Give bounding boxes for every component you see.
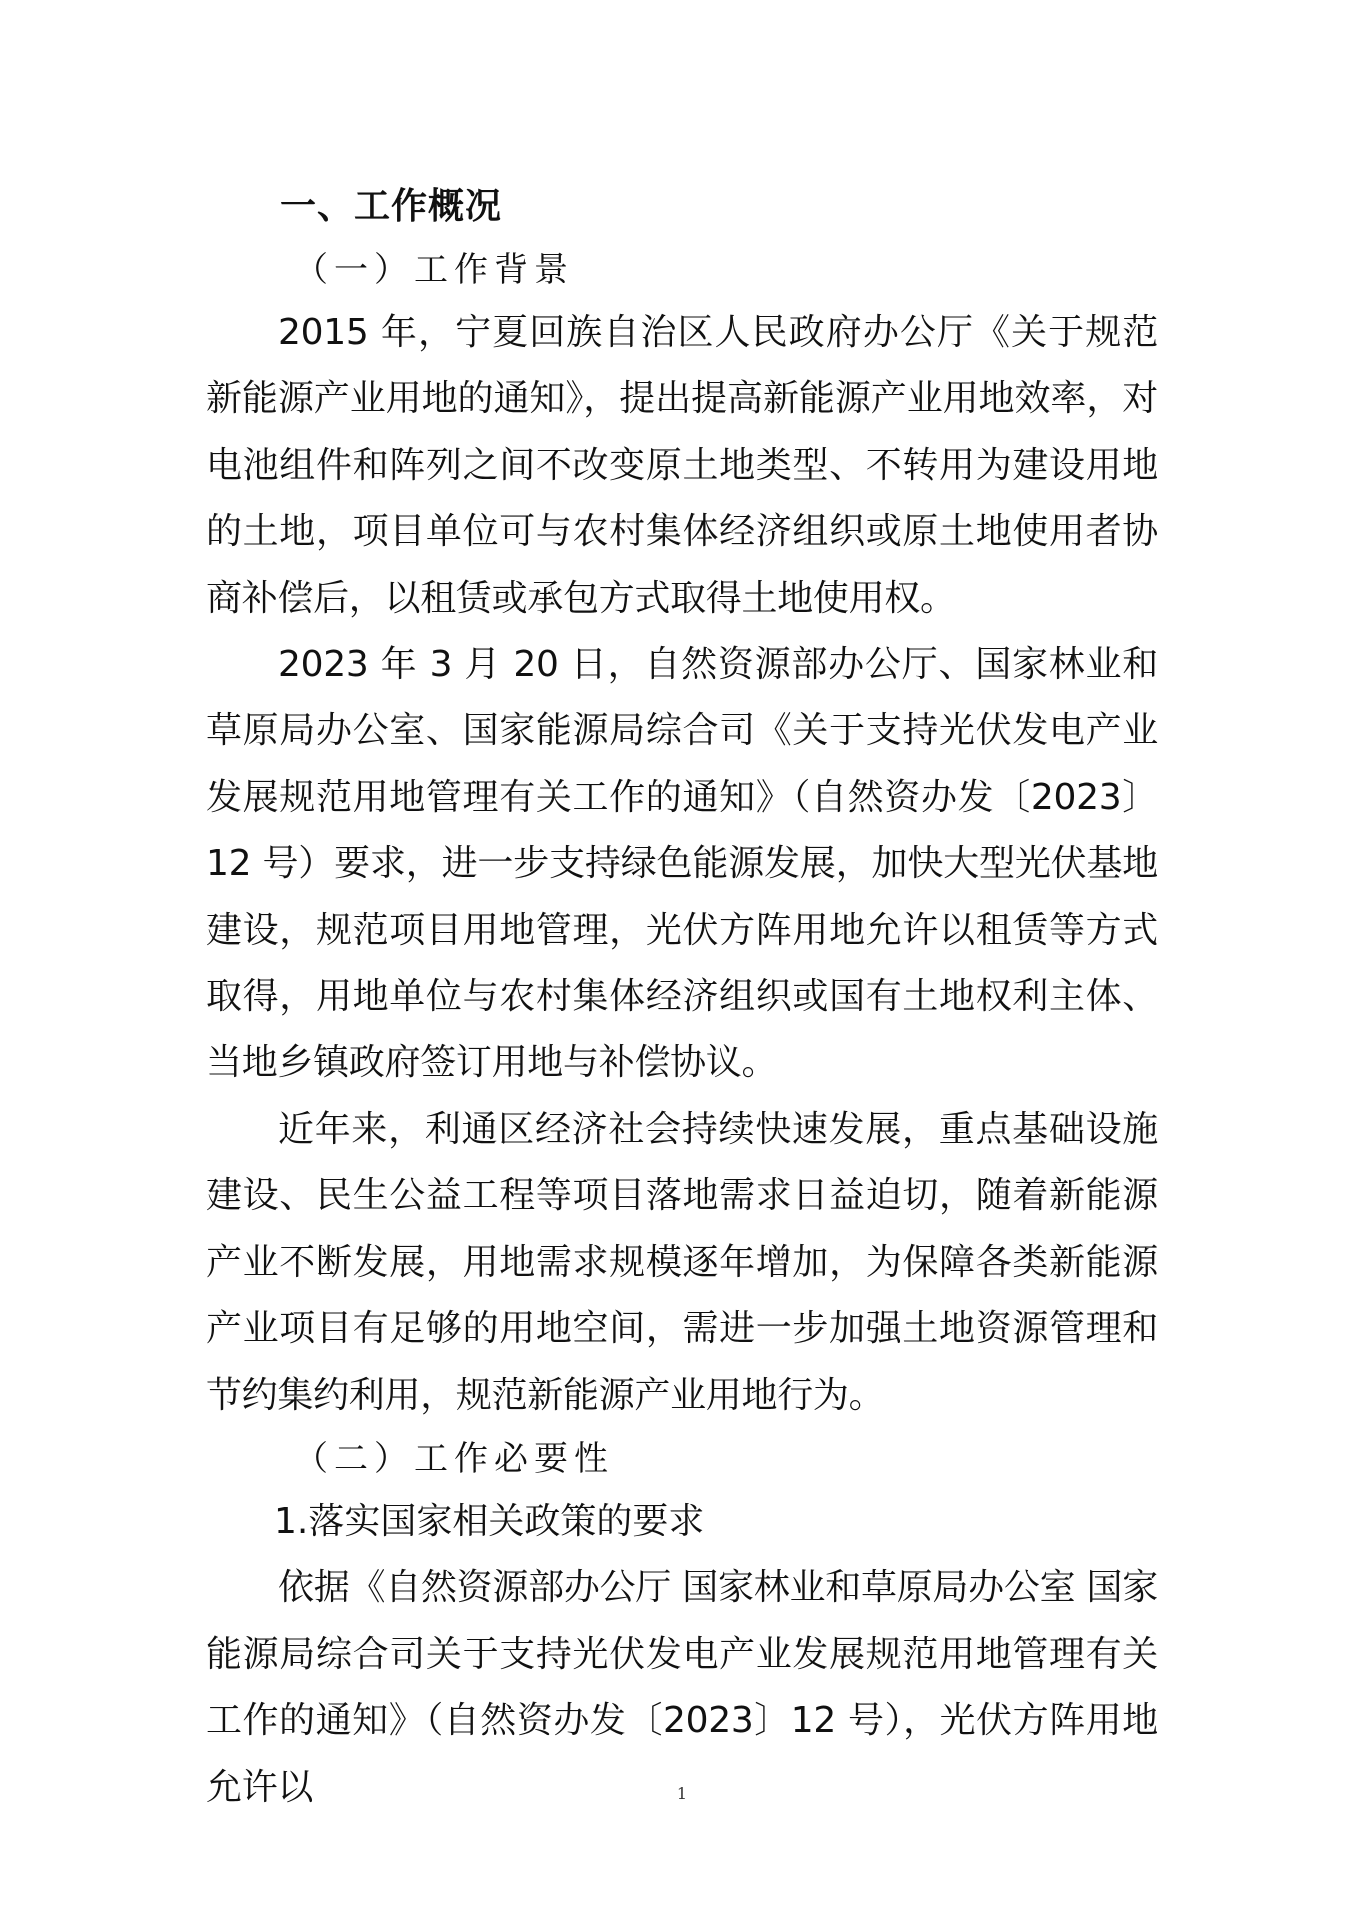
paragraph-2023-notice: 2023 年 3 月 20 日，自然资源部办公厅、国家林业和草原局办公室、国家能…: [206, 632, 1158, 1097]
subheading-national-policy: 1.落实国家相关政策的要求: [206, 1489, 1158, 1555]
document-page: 一、工作概况 （一）工作背景 2015 年，宁夏回族自治区人民政府办公厅《关于规…: [0, 0, 1357, 1920]
heading-work-necessity: （二）工作必要性: [206, 1429, 1158, 1489]
paragraph-policy-basis: 依据《自然资源部办公厅 国家林业和草原局办公室 国家能源局综合司关于支持光伏发电…: [206, 1555, 1158, 1821]
paragraph-recent-development: 近年来，利通区经济社会持续快速发展，重点基础设施建设、民生公益工程等项目落地需求…: [206, 1097, 1158, 1429]
document-body: 一、工作概况 （一）工作背景 2015 年，宁夏回族自治区人民政府办公厅《关于规…: [206, 174, 1158, 1821]
heading-work-overview: 一、工作概况: [206, 174, 1158, 240]
heading-work-background: （一）工作背景: [206, 240, 1158, 300]
page-number: 1: [672, 1784, 692, 1803]
paragraph-2015-notice: 2015 年，宁夏回族自治区人民政府办公厅《关于规范新能源产业用地的通知》，提出…: [206, 300, 1158, 632]
